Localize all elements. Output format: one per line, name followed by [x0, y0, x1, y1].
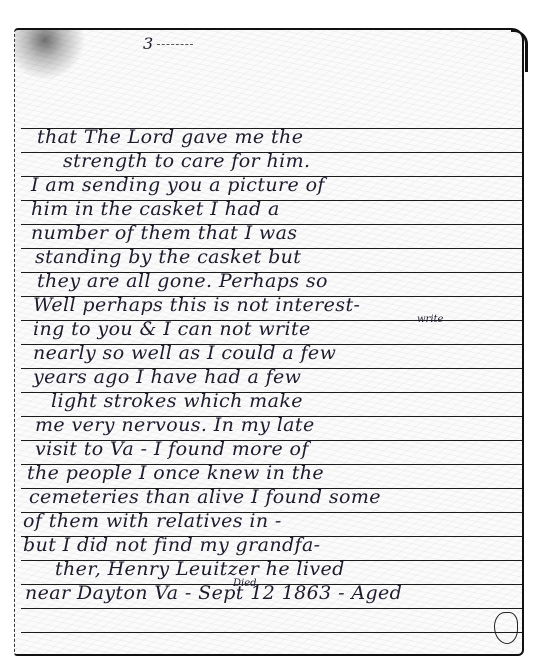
- handwritten-line: him in the casket I had a: [31, 198, 280, 220]
- handwritten-line: of them with relatives in -: [23, 510, 282, 532]
- handwritten-line: Well perhaps this is not interest-: [33, 294, 360, 316]
- handwritten-line: they are all gone. Perhaps so: [37, 270, 328, 292]
- handwritten-line: visit to Va - I found more of: [35, 438, 309, 460]
- handwritten-line: the people I once knew in the: [27, 462, 324, 484]
- handwritten-line: ther, Henry Leuitzer he lived: [55, 558, 345, 580]
- handwritten-line: number of them that I was: [31, 222, 297, 244]
- handwritten-line: cemeteries than alive I found some: [29, 486, 381, 508]
- page-corner-smudge: [494, 612, 518, 644]
- handwritten-line: light strokes which make: [51, 390, 303, 412]
- handwritten-line: but I did not find my grandfa-: [23, 534, 321, 556]
- letter-page: 3 that The Lord gave me the strength to …: [14, 28, 524, 656]
- rule-line: [21, 632, 522, 633]
- handwritten-line: ing to you & I can not write: [33, 318, 311, 340]
- handwritten-line: standing by the casket but: [35, 246, 301, 268]
- handwritten-line: years ago I have had a few: [33, 366, 301, 388]
- handwritten-line: near Dayton Va - Sept 12 1863 - Aged: [25, 582, 402, 604]
- handwritten-line: that The Lord gave me the: [37, 126, 303, 148]
- handwritten-line: nearly so well as I could a few: [33, 342, 336, 364]
- handwritten-line: I am sending you a picture of: [31, 174, 325, 196]
- handwritten-line: me very nervous. In my late: [35, 414, 315, 436]
- rule-line: [21, 608, 522, 609]
- interlinear-insert: write: [417, 314, 443, 325]
- handwritten-line: strength to care for him.: [63, 150, 310, 172]
